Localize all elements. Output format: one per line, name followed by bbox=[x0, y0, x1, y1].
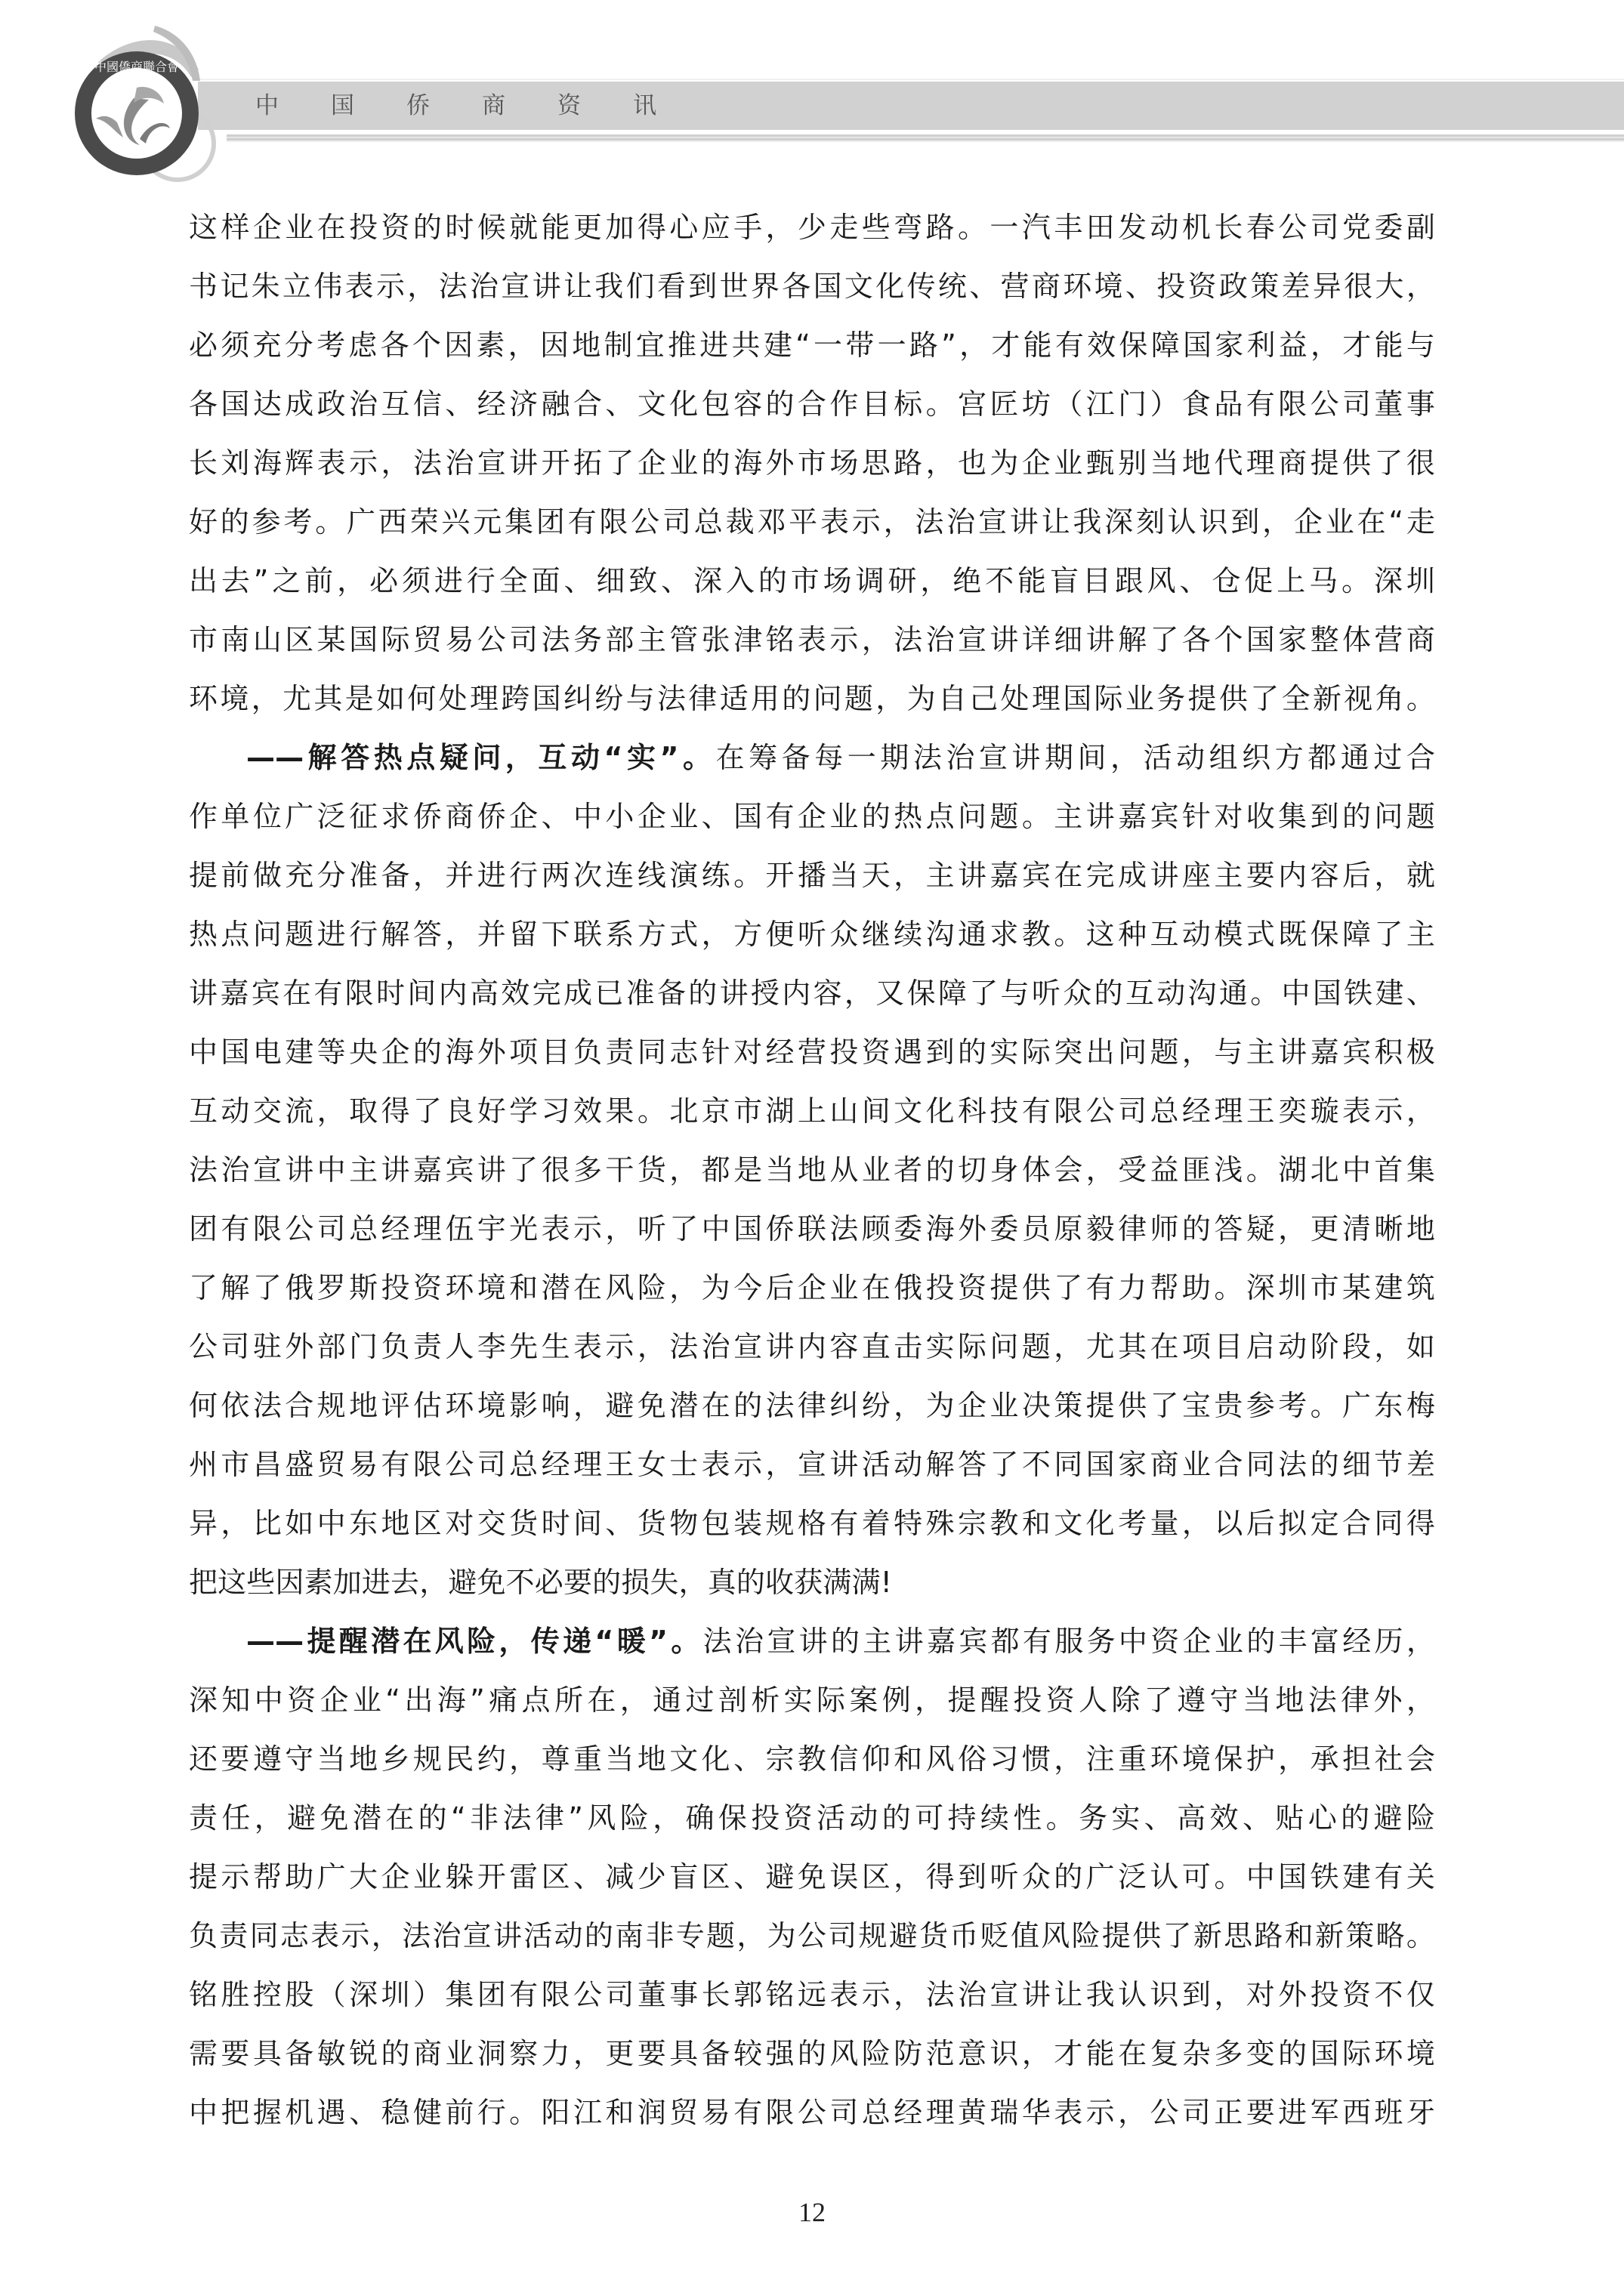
text-line: 中国电建等央企的海外项目负责同志针对经营投资遇到的实际突出问题，与主讲嘉宾积极 bbox=[189, 1023, 1435, 1082]
section-heading: ——提醒潜在风险，传递“暖”。 bbox=[246, 1625, 703, 1658]
text-line: 法治宣讲中主讲嘉宾讲了很多干货，都是当地从业者的切身体会，受益匪浅。湖北中首集 bbox=[189, 1140, 1435, 1199]
text-line: 必须充分考虑各个因素，因地制宜推进共建“一带一路”，才能有效保障国家利益，才能与 bbox=[189, 316, 1435, 375]
text-run: 在筹备每一期法治宣讲期间，活动组织方都通过合 bbox=[716, 741, 1435, 774]
text-line: 了解了俄罗斯投资环境和潜在风险，为今后企业在俄投资提供了有力帮助。深圳市某建筑 bbox=[189, 1258, 1435, 1317]
text-line: 长刘海辉表示，法治宣讲开拓了企业的海外市场思路，也为企业甄别当地代理商提供了很 bbox=[189, 434, 1435, 492]
text-line: 中把握机遇、稳健前行。阳江和润贸易有限公司总经理黄瑞华表示，公司正要进军西班牙 bbox=[189, 2083, 1435, 2142]
text-line: 公司驻外部门负责人李先生表示，法治宣讲内容直击实际问题，尤其在项目启动阶段，如 bbox=[189, 1317, 1435, 1376]
text-line: 提前做充分准备，并进行两次连线演练。开播当天，主讲嘉宾在完成讲座主要内容后，就 bbox=[189, 846, 1435, 905]
text-line: 好的参考。广西荣兴元集团有限公司总裁邓平表示，法治宣讲让我深刻认识到，企业在“走 bbox=[189, 492, 1435, 551]
text-line: 异，比如中东地区对交货时间、货物包装规格有着特殊宗教和文化考量，以后拟定合同得 bbox=[189, 1494, 1435, 1553]
title-char: 商 bbox=[482, 89, 557, 122]
text-line: 市南山区某国际贸易公司法务部主管张津铭表示，法治宣讲详细讲解了各个国家整体营商 bbox=[189, 610, 1435, 669]
text-line: 深知中资企业“出海”痛点所在，通过剖析实际案例，提醒投资人除了遵守当地法律外， bbox=[189, 1671, 1435, 1730]
text-line: 把这些因素加进去，避免不必要的损失，真的收获满满! bbox=[189, 1553, 1435, 1612]
text-line: 各国达成政治互信、经济融合、文化包容的合作目标。宫匠坊（江门）食品有限公司董事 bbox=[189, 375, 1435, 434]
text-line: 还要遵守当地乡规民约，尊重当地文化、宗教信仰和风俗习惯，注重环境保护，承担社会 bbox=[189, 1730, 1435, 1788]
paragraph-first-line: ——提醒潜在风险，传递“暖”。法治宣讲的主讲嘉宾都有服务中资企业的丰富经历， bbox=[189, 1612, 1435, 1671]
federation-logo-icon: 中國僑商聯合會 bbox=[64, 9, 245, 183]
page-number: 12 bbox=[0, 2196, 1624, 2228]
publication-title: 中 国 侨 商 资 讯 bbox=[255, 89, 709, 122]
text-line: 责任，避免潜在的“非法律”风险，确保投资活动的可持续性。务实、高效、贴心的避险 bbox=[189, 1788, 1435, 1847]
article-body: 这样企业在投资的时候就能更加得心应手，少走些弯路。一汽丰田发动机长春公司党委副 … bbox=[189, 198, 1435, 2142]
text-line: 州市昌盛贸易有限公司总经理王女士表示，宣讲活动解答了不同国家商业合同法的细节差 bbox=[189, 1435, 1435, 1494]
text-line: 铭胜控股（深圳）集团有限公司董事长郭铭远表示，法治宣讲让我认识到，对外投资不仅 bbox=[189, 1965, 1435, 2024]
text-line: 出去”之前，必须进行全面、细致、深入的市场调研，绝不能盲目跟风、仓促上马。深圳 bbox=[189, 551, 1435, 610]
text-line: 需要具备敏锐的商业洞察力，更要具备较强的风险防范意识，才能在复杂多变的国际环境 bbox=[189, 2024, 1435, 2083]
text-line: 热点问题进行解答，并留下联系方式，方便听众继续沟通求教。这种互动模式既保障了主 bbox=[189, 905, 1435, 964]
title-char: 资 bbox=[557, 89, 633, 122]
header-divider bbox=[227, 134, 1624, 142]
text-line: 团有限公司总经理伍宇光表示，听了中国侨联法顾委海外委员原毅律师的答疑，更清晰地 bbox=[189, 1199, 1435, 1258]
text-line: 互动交流，取得了良好学习效果。北京市湖上山间文化科技有限公司总经理王奕璇表示， bbox=[189, 1082, 1435, 1140]
text-line: 何依法合规地评估环境影响，避免潜在的法律纠纷，为企业决策提供了宝贵参考。广东梅 bbox=[189, 1376, 1435, 1435]
text-line: 书记朱立伟表示，法治宣讲让我们看到世界各国文化传统、营商环境、投资政策差异很大， bbox=[189, 257, 1435, 316]
text-line: 负责同志表示，法治宣讲活动的南非专题，为公司规避货币贬值风险提供了新思路和新策略… bbox=[189, 1906, 1435, 1965]
text-line: 提示帮助广大企业躲开雷区、减少盲区、避免误区，得到听众的广泛认可。中国铁建有关 bbox=[189, 1847, 1435, 1906]
text-line: 讲嘉宾在有限时间内高效完成已准备的讲授内容，又保障了与听众的互动沟通。中国铁建、 bbox=[189, 964, 1435, 1023]
text-line: 作单位广泛征求侨商侨企、中小企业、国有企业的热点问题。主讲嘉宾针对收集到的问题 bbox=[189, 787, 1435, 846]
text-run: 法治宣讲的主讲嘉宾都有服务中资企业的丰富经历， bbox=[703, 1625, 1435, 1658]
section-heading: ——解答热点疑问，互动“实”。 bbox=[246, 741, 716, 774]
title-char: 国 bbox=[331, 89, 406, 122]
title-char: 侨 bbox=[406, 89, 482, 122]
paragraph-first-line: ——解答热点疑问，互动“实”。在筹备每一期法治宣讲期间，活动组织方都通过合 bbox=[189, 728, 1435, 787]
svg-text:中國僑商聯合會: 中國僑商聯合會 bbox=[94, 60, 179, 74]
text-line: 环境，尤其是如何处理跨国纠纷与法律适用的问题，为自己处理国际业务提供了全新视角。 bbox=[189, 669, 1435, 728]
title-char: 中 bbox=[255, 89, 331, 122]
title-char: 讯 bbox=[633, 89, 709, 122]
text-line: 这样企业在投资的时候就能更加得心应手，少走些弯路。一汽丰田发动机长春公司党委副 bbox=[189, 198, 1435, 257]
